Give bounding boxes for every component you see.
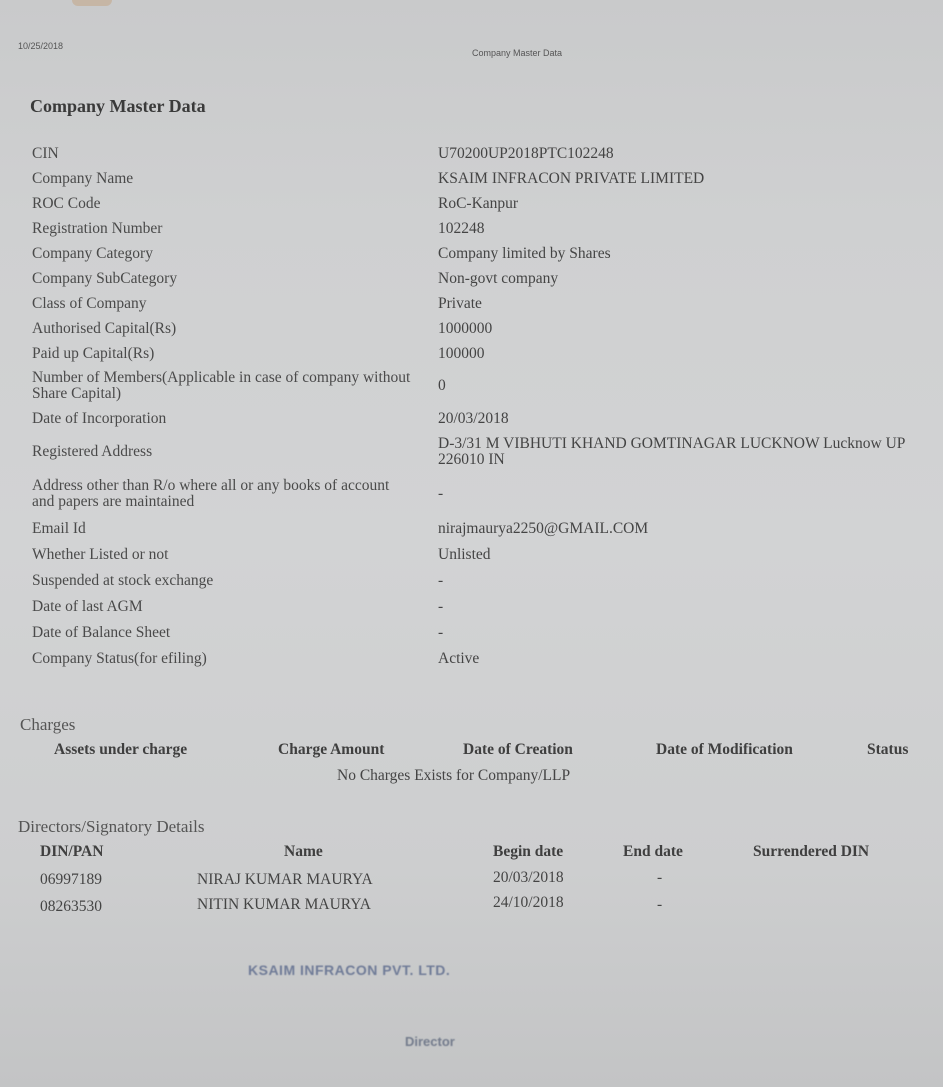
label-balance-sheet-date: Date of Balance Sheet	[32, 625, 438, 641]
label-other-address: Address other than R/o where all or any …	[32, 478, 438, 510]
row-paid-up-capital: Paid up Capital(Rs) 100000	[32, 341, 932, 366]
label-cin: CIN	[32, 146, 438, 162]
value-cin: U70200UP2018PTC102248	[438, 146, 932, 162]
value-number-of-members: 0	[432, 378, 932, 394]
directors-col-surrendered: Surrendered DIN	[753, 843, 869, 861]
row-listed-status: Whether Listed or not Unlisted	[32, 542, 932, 568]
value-other-address: -	[438, 486, 932, 502]
label-listed-status: Whether Listed or not	[32, 547, 438, 563]
charges-col-assets: Assets under charge	[54, 741, 187, 759]
print-header-title: Company Master Data	[472, 48, 562, 58]
charges-section-title: Charges	[20, 715, 75, 735]
row-last-agm: Date of last AGM -	[32, 594, 932, 620]
director-din: 06997189	[40, 871, 102, 889]
row-registration-number: Registration Number 102248	[32, 216, 932, 241]
charges-empty-message: No Charges Exists for Company/LLP	[337, 767, 570, 785]
charges-col-modification: Date of Modification	[656, 741, 793, 759]
label-date-of-incorporation: Date of Incorporation	[32, 411, 438, 427]
value-balance-sheet-date: -	[438, 625, 932, 641]
director-begin-date: 24/10/2018	[493, 894, 564, 912]
label-company-name: Company Name	[32, 171, 438, 187]
label-class-of-company: Class of Company	[32, 296, 438, 312]
value-listed-status: Unlisted	[438, 547, 932, 563]
directors-col-name: Name	[284, 843, 323, 861]
label-authorised-capital: Authorised Capital(Rs)	[32, 321, 438, 337]
company-stamp: KSAIM INFRACON PVT. LTD.	[248, 962, 450, 978]
master-data-table: CIN U70200UP2018PTC102248 Company Name K…	[32, 141, 932, 672]
label-number-of-members: Number of Members(Applicable in case of …	[32, 370, 432, 402]
director-begin-date: 20/03/2018	[493, 869, 564, 887]
value-company-category: Company limited by Shares	[438, 246, 932, 262]
stamp-role: Director	[405, 1034, 455, 1049]
value-company-name: KSAIM INFRACON PRIVATE LIMITED	[438, 171, 932, 187]
label-company-status: Company Status(for efiling)	[32, 651, 438, 667]
value-suspended: -	[438, 573, 932, 589]
row-company-subcategory: Company SubCategory Non-govt company	[32, 266, 932, 291]
director-end-date: -	[657, 869, 662, 887]
value-authorised-capital: 1000000	[438, 321, 932, 337]
charges-col-creation: Date of Creation	[463, 741, 573, 759]
directors-col-begin: Begin date	[493, 843, 563, 861]
charges-col-amount: Charge Amount	[278, 741, 384, 759]
directors-section-title: Directors/Signatory Details	[18, 817, 205, 837]
label-registered-address: Registered Address	[32, 444, 438, 460]
page-title: Company Master Data	[30, 96, 206, 117]
paper-corner-artifact	[72, 0, 112, 6]
director-name: NITIN KUMAR MAURYA	[197, 896, 371, 914]
value-paid-up-capital: 100000	[438, 346, 932, 362]
row-balance-sheet-date: Date of Balance Sheet -	[32, 620, 932, 646]
value-roc-code: RoC-Kanpur	[438, 196, 932, 212]
label-last-agm: Date of last AGM	[32, 599, 438, 615]
value-email-id: nirajmaurya2250@GMAIL.COM	[438, 521, 932, 537]
value-class-of-company: Private	[438, 296, 932, 312]
row-date-of-incorporation: Date of Incorporation 20/03/2018	[32, 406, 932, 432]
value-date-of-incorporation: 20/03/2018	[438, 411, 932, 427]
row-authorised-capital: Authorised Capital(Rs) 1000000	[32, 316, 932, 341]
director-name: NIRAJ KUMAR MAURYA	[197, 871, 373, 889]
label-company-category: Company Category	[32, 246, 438, 262]
value-company-status: Active	[438, 651, 932, 667]
row-company-category: Company Category Company limited by Shar…	[32, 241, 932, 266]
label-company-subcategory: Company SubCategory	[32, 271, 438, 287]
row-number-of-members: Number of Members(Applicable in case of …	[32, 366, 932, 406]
director-end-date: -	[657, 896, 662, 914]
label-roc-code: ROC Code	[32, 196, 438, 212]
row-registered-address: Registered Address D-3/31 M VIBHUTI KHAN…	[32, 432, 932, 472]
print-date: 10/25/2018	[18, 41, 63, 51]
value-registration-number: 102248	[438, 221, 932, 237]
label-suspended: Suspended at stock exchange	[32, 573, 438, 589]
directors-col-din: DIN/PAN	[40, 843, 103, 861]
row-class-of-company: Class of Company Private	[32, 291, 932, 316]
document-page: 10/25/2018 Company Master Data Company M…	[0, 0, 943, 1087]
label-paid-up-capital: Paid up Capital(Rs)	[32, 346, 438, 362]
row-company-status: Company Status(for efiling) Active	[32, 646, 932, 672]
value-company-subcategory: Non-govt company	[438, 271, 932, 287]
row-suspended: Suspended at stock exchange -	[32, 568, 932, 594]
row-company-name: Company Name KSAIM INFRACON PRIVATE LIMI…	[32, 166, 932, 191]
label-registration-number: Registration Number	[32, 221, 438, 237]
value-last-agm: -	[438, 599, 932, 615]
charges-col-status: Status	[867, 741, 908, 759]
value-registered-address: D-3/31 M VIBHUTI KHAND GOMTINAGAR LUCKNO…	[438, 436, 908, 468]
row-email-id: Email Id nirajmaurya2250@GMAIL.COM	[32, 516, 932, 542]
director-din: 08263530	[40, 898, 102, 916]
row-roc-code: ROC Code RoC-Kanpur	[32, 191, 932, 216]
directors-col-end: End date	[623, 843, 683, 861]
row-cin: CIN U70200UP2018PTC102248	[32, 141, 932, 166]
label-email-id: Email Id	[32, 521, 438, 537]
row-other-address: Address other than R/o where all or any …	[32, 472, 932, 516]
